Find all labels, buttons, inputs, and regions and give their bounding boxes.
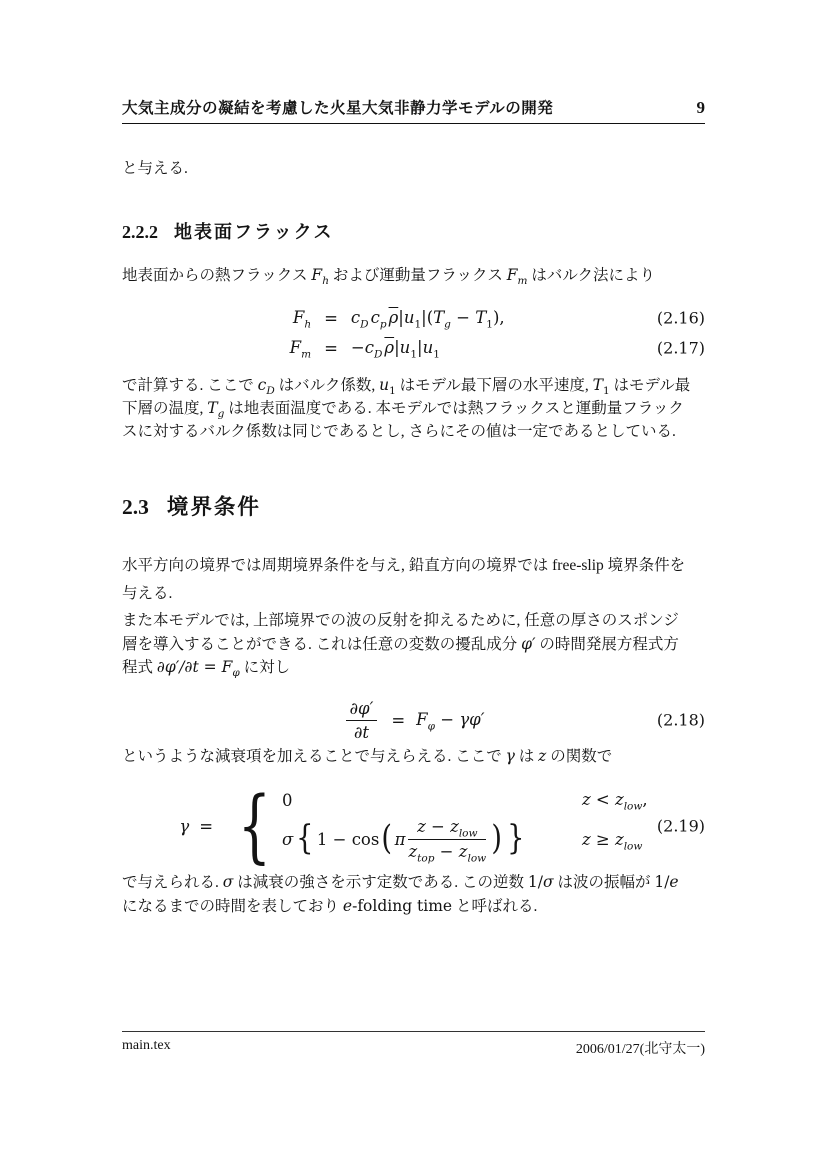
- equation-label-218: (2.18): [657, 711, 705, 730]
- left-brace: {: [238, 783, 271, 869]
- paragraph-boundary-1: 水平方向の境界では周期境界条件を与え, 鉛直方向の境界では free-slip …: [122, 552, 705, 608]
- paragraph-flux-intro: 地表面からの熱フラックス Fh および運動量フラックス Fm はバルク法により: [122, 264, 705, 287]
- document-page: 大気主成分の凝結を考慮した火星大気非静力学モデルの開発 9 と与える. 2.2.…: [0, 0, 826, 1169]
- math-sigma: σ: [223, 873, 234, 891]
- math-e: e: [669, 873, 678, 891]
- footer-filename: main.tex: [122, 1038, 171, 1058]
- text: 地表面からの熱フラックス: [122, 267, 311, 284]
- close-brace: }: [508, 821, 525, 855]
- text-line: また本モデルでは, 上部境界での波の反射を抑えるために, 任意の厚さのスポンジ: [122, 609, 705, 633]
- text-line: スに対するバルク係数は同じであるとし, さらにその値は一定であるとしている.: [122, 420, 705, 443]
- math-dphidt: ∂φ′/∂t: [157, 658, 199, 676]
- eq218-rhs: Fφ − γφ′: [416, 710, 484, 730]
- fraction: z − zlowztop − zlow: [408, 817, 486, 862]
- header-title: 大気主成分の凝結を考慮した火星大気非静力学モデルの開発: [122, 96, 553, 118]
- math-Fphi: F: [222, 658, 233, 676]
- paragraph-intro: と与える.: [122, 157, 705, 180]
- section-number: 2.2.2: [122, 222, 158, 243]
- fraction: ∂φ′∂t: [346, 699, 378, 742]
- text-line: 層を導入することができる. これは任意の変数の擾乱成分 φ′ の時間発展方程式方: [122, 633, 705, 657]
- equation-label-219: (2.19): [657, 817, 705, 836]
- page-number: 9: [697, 98, 706, 118]
- cases-block: 0 z < zlow, σ{1 − cos(πz − zlowztop − zl…: [282, 790, 648, 862]
- footer-date-author: 2006/01/27(北守太一): [576, 1038, 705, 1058]
- text-line: で計算する. ここで cD はバルク係数, u1 はモデル最下層の水平速度, T…: [122, 374, 705, 397]
- case-row-1: 0 z < zlow,: [282, 790, 648, 810]
- equation-2-18: ∂φ′∂t = Fφ − γφ′ (2.18): [122, 694, 705, 746]
- section-title: 境界条件: [167, 490, 261, 521]
- section-number: 2.3: [122, 495, 149, 520]
- open-brace: {: [296, 821, 313, 855]
- page-footer: main.tex 2006/01/27(北守太一): [122, 1031, 705, 1058]
- equation-2-19: γ = { 0 z < zlow, σ{1 − cos(πz − zlowzto…: [122, 781, 705, 871]
- math-phi-prime: φ′: [521, 635, 535, 653]
- section-heading-2-3: 2.3 境界条件: [122, 490, 705, 521]
- math-Tg: T: [207, 399, 217, 417]
- equals-sign: =: [391, 711, 405, 730]
- text: および運動量フラックス: [329, 267, 507, 284]
- close-paren: ): [491, 821, 502, 855]
- eq216-rhs: cDcpρ|u1|(Tg − T1),: [351, 308, 576, 328]
- math-Fh: F: [311, 266, 322, 284]
- text-line: 与える.: [122, 580, 705, 608]
- equals-sign: =: [199, 817, 213, 836]
- equals-sign: =: [324, 309, 338, 328]
- math-gamma: γ: [506, 747, 515, 765]
- open-paren: (: [382, 821, 393, 855]
- math-u1: u: [379, 376, 389, 394]
- paragraph-gamma: というような減衰項を加えることで与えらえる. ここで γ は z の関数で: [122, 745, 705, 768]
- equation-2-16: Fh = cDcpρ|u1|(Tg − T1), (2.16): [122, 303, 705, 333]
- equation-label-216: (2.16): [657, 309, 705, 328]
- eq217-rhs: −cDρ|u1|u1: [351, 338, 576, 358]
- case1-condition: z < zlow,: [582, 790, 648, 810]
- math-gamma: γ: [179, 817, 189, 836]
- case1-value: 0: [282, 791, 582, 810]
- eq217-lhs: Fm: [251, 338, 311, 358]
- text-line: 程式 ∂φ′/∂t = Fφ に対し: [122, 656, 705, 680]
- text: と与える.: [122, 160, 188, 177]
- text-line: になるまでの時間を表しており e-folding time と呼ばれる.: [122, 895, 705, 919]
- equation-label-217: (2.17): [657, 339, 705, 358]
- equation-array: Fh = cDcpρ|u1|(Tg − T1), (2.16) Fm = −cD…: [122, 303, 705, 363]
- text: はバルク法により: [527, 267, 655, 284]
- math-sub: m: [518, 275, 528, 287]
- eq216-lhs: Fh: [251, 308, 311, 328]
- math-T1: T: [593, 376, 603, 394]
- running-header: 大気主成分の凝結を考慮した火星大気非静力学モデルの開発 9: [122, 96, 705, 124]
- case2-value: σ{1 − cos(πz − zlowztop − zlow)}: [282, 817, 582, 862]
- equals-sign: =: [324, 339, 338, 358]
- text-line: 水平方向の境界では周期境界条件を与え, 鉛直方向の境界では free-slip …: [122, 552, 705, 580]
- case-row-2: σ{1 − cos(πz − zlowztop − zlow)} z ≥ zlo…: [282, 817, 648, 862]
- math-sigma: σ: [543, 873, 554, 891]
- section-title: 地表面フラックス: [174, 218, 333, 244]
- math-Fm: F: [507, 266, 518, 284]
- paragraph-efolding: で与えられる. σ は減衰の強さを示す定数である. この逆数 1/σ は波の振幅…: [122, 871, 705, 918]
- paragraph-bulk-explanation: で計算する. ここで cD はバルク係数, u1 はモデル最下層の水平速度, T…: [122, 374, 705, 443]
- paragraph-sponge-layer: また本モデルでは, 上部境界での波の反射を抑えるために, 任意の厚さのスポンジ …: [122, 609, 705, 680]
- text-line: 下層の温度, Tg は地表面温度である. 本モデルでは熱フラックスと運動量フラッ…: [122, 397, 705, 420]
- text-line: で与えられる. σ は減衰の強さを示す定数である. この逆数 1/σ は波の振幅…: [122, 871, 705, 895]
- math-sub: h: [322, 275, 329, 287]
- section-heading-2-2-2: 2.2.2 地表面フラックス: [122, 218, 705, 244]
- equation-2-17: Fm = −cDρ|u1|u1 (2.17): [122, 333, 705, 363]
- math-e: e: [343, 897, 352, 915]
- case2-condition: z ≥ zlow: [582, 830, 642, 850]
- page-content: 大気主成分の凝結を考慮した火星大気非静力学モデルの開発 9 と与える. 2.2.…: [122, 0, 705, 1169]
